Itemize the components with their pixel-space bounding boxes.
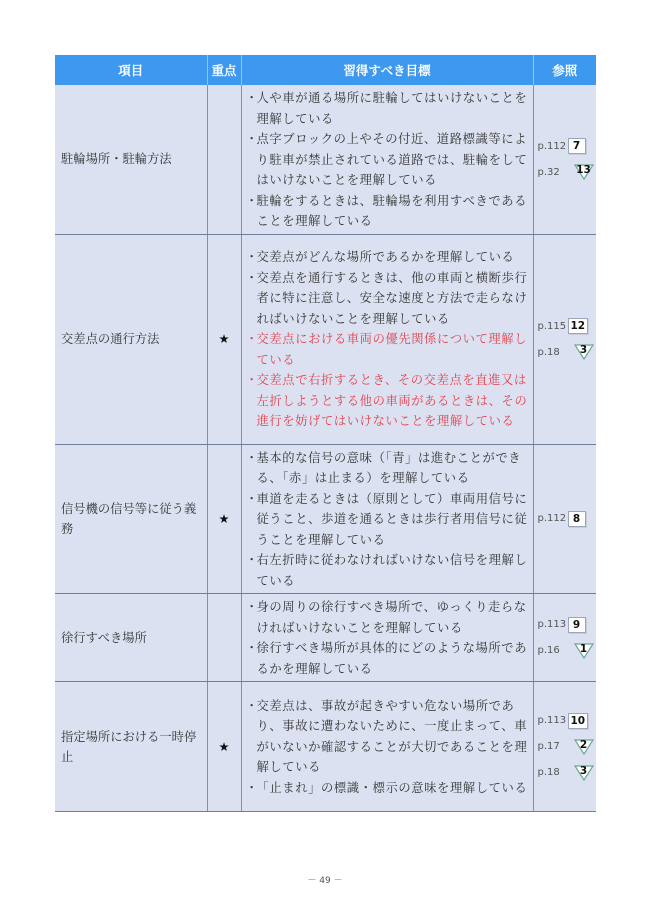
reference-number: 13 — [574, 164, 594, 177]
bullet-icon: ・ — [246, 268, 257, 330]
goal-item: ・基本的な信号の意味（「青」は進むことができる、「赤」は止まる）を理解している — [246, 448, 529, 489]
reference-triangle-icon: 3 — [574, 344, 594, 360]
goal-text: 点字ブロックの上やその付近、道路標識等により駐車が禁止されている道路では、駐輪を… — [257, 129, 529, 191]
reference-page: p.113 — [538, 619, 568, 630]
goals-cell: ・交差点は、事故が起きやすい危ない場所であり、事故に遭わないために、一度止まって… — [241, 682, 533, 812]
goal-item: ・人や車が通る場所に駐輪してはいけないことを理解している — [246, 88, 529, 129]
item-name: 指定場所における一時停止 — [55, 682, 207, 812]
goal-item: ・交差点を通行するときは、他の車両と横断歩行者に特に注意し、安全な速度と方法で走… — [246, 268, 529, 330]
reference-number-box-icon: 7 — [568, 138, 586, 154]
table-header-row: 項目 重点 習得すべき目標 参照 — [55, 55, 596, 85]
bullet-icon: ・ — [246, 550, 257, 591]
header-item: 項目 — [55, 55, 207, 85]
item-name: 交差点の通行方法 — [55, 234, 207, 444]
reference-page: p.112 — [538, 141, 568, 152]
header-reference: 参照 — [533, 55, 596, 85]
reference-page: p.113 — [538, 715, 568, 726]
item-name: 信号機の信号等に従う義務 — [55, 444, 207, 594]
reference-entry: p.172 — [538, 736, 597, 758]
item-name: 駐輪場所・駐輪方法 — [55, 85, 207, 234]
goal-text: 「止まれ」の標識・標示の意味を理解している — [257, 778, 529, 799]
header-goals: 習得すべき目標 — [241, 55, 533, 85]
reference-page: p.112 — [538, 513, 568, 524]
goal-item: ・交差点における車両の優先関係について理解している — [246, 329, 529, 370]
goal-text: 交差点がどんな場所であるかを理解している — [257, 247, 529, 268]
goal-text: 身の周りの徐行すべき場所で、ゆっくり走らなければいけないことを理解している — [257, 597, 529, 638]
reference-triangle-icon: 2 — [574, 739, 594, 755]
goals-cell: ・人や車が通る場所に駐輪してはいけないことを理解している・点字ブロックの上やその… — [241, 85, 533, 234]
bullet-icon: ・ — [246, 778, 257, 799]
reference-triangle-icon: 13 — [574, 164, 594, 180]
goal-item: ・交差点は、事故が起きやすい危ない場所であり、事故に遭わないために、一度止まって… — [246, 696, 529, 778]
reference-page: p.17 — [538, 741, 568, 752]
bullet-icon: ・ — [246, 489, 257, 551]
bullet-icon: ・ — [246, 370, 257, 432]
reference-entry: p.1128 — [538, 508, 597, 530]
goal-text: 駐輪をするときは、駐輪場を利用すべきであることを理解している — [257, 191, 529, 232]
bullet-icon: ・ — [246, 329, 257, 370]
reference-number-box-icon: 10 — [568, 713, 589, 729]
reference-number: 2 — [574, 739, 594, 752]
goal-text: 交差点を通行するときは、他の車両と横断歩行者に特に注意し、安全な速度と方法で走ら… — [257, 268, 529, 330]
priority-star-icon: ★ — [207, 682, 241, 812]
goal-item: ・駐輪をするときは、駐輪場を利用すべきであることを理解している — [246, 191, 529, 232]
goal-item: ・身の周りの徐行すべき場所で、ゆっくり走らなければいけないことを理解している — [246, 597, 529, 638]
reference-page: p.115 — [538, 321, 568, 332]
reference-cell: p.1139p.161 — [533, 594, 596, 682]
bullet-icon: ・ — [246, 191, 257, 232]
goal-item: ・徐行すべき場所が具体的にどのような場所であるかを理解している — [246, 638, 529, 679]
reference-entry: p.183 — [538, 341, 597, 363]
reference-number: 1 — [574, 643, 594, 656]
reference-cell: p.11512p.183 — [533, 234, 596, 444]
reference-number-box-icon: 12 — [568, 318, 589, 334]
goals-cell: ・基本的な信号の意味（「青」は進むことができる、「赤」は止まる）を理解している・… — [241, 444, 533, 594]
goal-text: 交差点は、事故が起きやすい危ない場所であり、事故に遭わないために、一度止まって、… — [257, 696, 529, 778]
reference-triangle-icon: 1 — [574, 643, 594, 659]
learning-goals-table: 項目 重点 習得すべき目標 参照 駐輪場所・駐輪方法・人や車が通る場所に駐輪して… — [55, 55, 596, 812]
bullet-icon: ・ — [246, 448, 257, 489]
bullet-icon: ・ — [246, 247, 257, 268]
page-number: － 49 － — [0, 873, 650, 886]
bullet-icon: ・ — [246, 696, 257, 778]
goal-item: ・交差点がどんな場所であるかを理解している — [246, 247, 529, 268]
bullet-icon: ・ — [246, 129, 257, 191]
reference-entry: p.183 — [538, 762, 597, 784]
goal-text: 右左折時に従わなければいけない信号を理解している — [257, 550, 529, 591]
goal-text: 交差点で右折するとき、その交差点を直進又は左折しようとする他の車両があるときは、… — [257, 370, 529, 432]
table-row: 交差点の通行方法★・交差点がどんな場所であるかを理解している・交差点を通行すると… — [55, 234, 596, 444]
priority-star-icon: ★ — [207, 234, 241, 444]
goal-item: ・点字ブロックの上やその付近、道路標識等により駐車が禁止されている道路では、駐輪… — [246, 129, 529, 191]
reference-entry: p.3213 — [538, 161, 597, 183]
table-row: 駐輪場所・駐輪方法・人や車が通る場所に駐輪してはいけないことを理解している・点字… — [55, 85, 596, 234]
reference-page: p.32 — [538, 167, 568, 178]
reference-cell: p.1128 — [533, 444, 596, 594]
reference-number: 3 — [574, 344, 594, 357]
reference-entry: p.11512 — [538, 315, 597, 337]
bullet-icon: ・ — [246, 638, 257, 679]
reference-page: p.16 — [538, 645, 568, 656]
reference-number: 3 — [574, 765, 594, 778]
reference-entry: p.1127 — [538, 135, 597, 157]
goal-item: ・車道を走るときは（原則として）車両用信号に従うこと、歩道を通るときは歩行者用信… — [246, 489, 529, 551]
reference-page: p.18 — [538, 347, 568, 358]
goal-text: 徐行すべき場所が具体的にどのような場所であるかを理解している — [257, 638, 529, 679]
goals-cell: ・身の周りの徐行すべき場所で、ゆっくり走らなければいけないことを理解している・徐… — [241, 594, 533, 682]
header-priority: 重点 — [207, 55, 241, 85]
goal-item: ・右左折時に従わなければいけない信号を理解している — [246, 550, 529, 591]
goals-cell: ・交差点がどんな場所であるかを理解している・交差点を通行するときは、他の車両と横… — [241, 234, 533, 444]
reference-number-box-icon: 9 — [568, 617, 586, 633]
bullet-icon: ・ — [246, 88, 257, 129]
reference-entry: p.161 — [538, 640, 597, 662]
goal-text: 車道を走るときは（原則として）車両用信号に従うこと、歩道を通るときは歩行者用信号… — [257, 489, 529, 551]
goal-item: ・「止まれ」の標識・標示の意味を理解している — [246, 778, 529, 799]
priority-star-icon — [207, 85, 241, 234]
priority-star-icon: ★ — [207, 444, 241, 594]
goal-text: 人や車が通る場所に駐輪してはいけないことを理解している — [257, 88, 529, 129]
table-row: 指定場所における一時停止★・交差点は、事故が起きやすい危ない場所であり、事故に遭… — [55, 682, 596, 812]
item-name: 徐行すべき場所 — [55, 594, 207, 682]
table-row: 信号機の信号等に従う義務★・基本的な信号の意味（「青」は進むことができる、「赤」… — [55, 444, 596, 594]
priority-star-icon — [207, 594, 241, 682]
goal-text: 基本的な信号の意味（「青」は進むことができる、「赤」は止まる）を理解している — [257, 448, 529, 489]
goal-item: ・交差点で右折するとき、その交差点を直進又は左折しようとする他の車両があるときは… — [246, 370, 529, 432]
table-body: 駐輪場所・駐輪方法・人や車が通る場所に駐輪してはいけないことを理解している・点字… — [55, 85, 596, 812]
reference-entry: p.1139 — [538, 614, 597, 636]
reference-cell: p.11310p.172p.183 — [533, 682, 596, 812]
reference-page: p.18 — [538, 767, 568, 778]
reference-triangle-icon: 3 — [574, 765, 594, 781]
reference-entry: p.11310 — [538, 710, 597, 732]
document-page: 項目 重点 習得すべき目標 参照 駐輪場所・駐輪方法・人や車が通る場所に駐輪して… — [0, 0, 650, 919]
table-row: 徐行すべき場所・身の周りの徐行すべき場所で、ゆっくり走らなければいけないことを理… — [55, 594, 596, 682]
bullet-icon: ・ — [246, 597, 257, 638]
reference-number-box-icon: 8 — [568, 511, 586, 527]
reference-cell: p.1127p.3213 — [533, 85, 596, 234]
goal-text: 交差点における車両の優先関係について理解している — [257, 329, 529, 370]
